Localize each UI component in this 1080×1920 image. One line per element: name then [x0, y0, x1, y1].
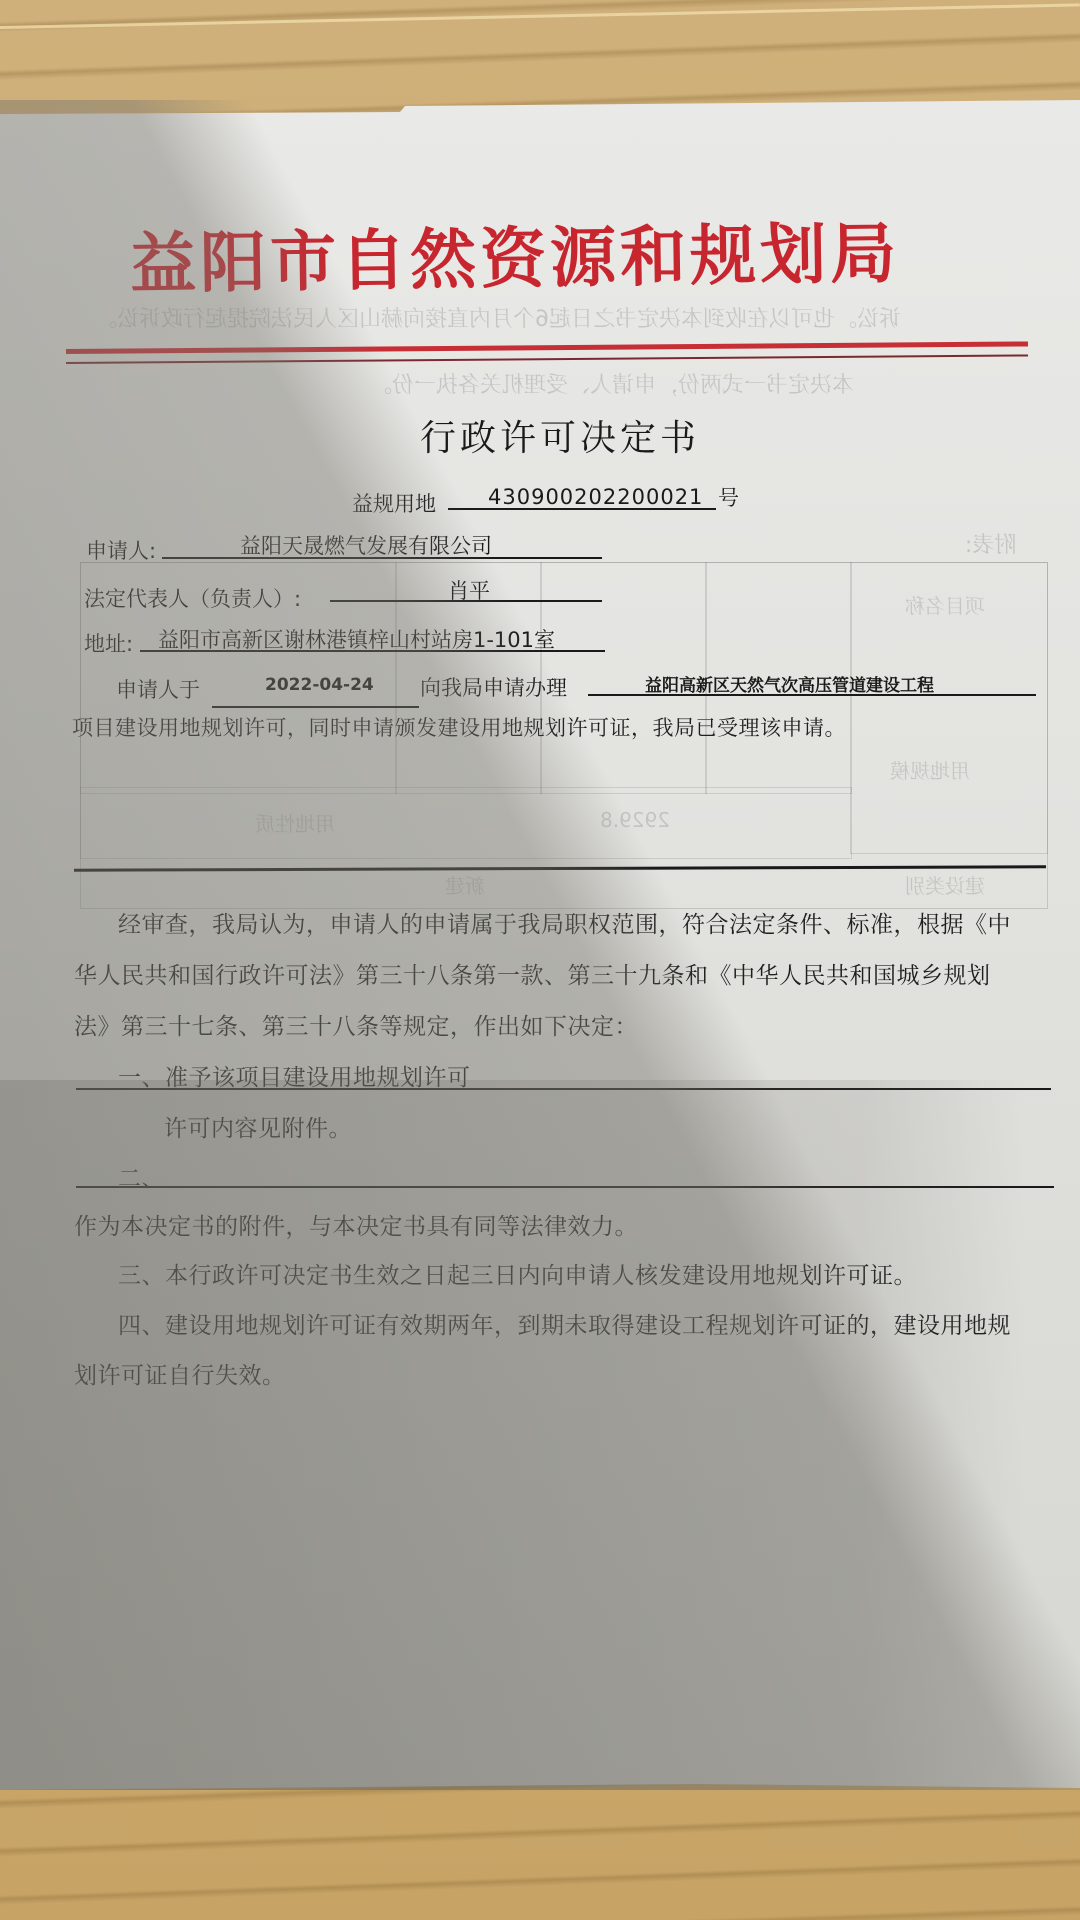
address-label: 地址: [84, 628, 133, 658]
legal-rep-underline [330, 600, 602, 602]
document-title: 行政许可决定书 [420, 410, 700, 461]
apply-date-underline [212, 706, 419, 708]
apply-mid: 向我局申请办理 [420, 672, 567, 702]
applicant-underline [162, 557, 602, 559]
review-paragraph-line-1: 经审查，我局认为，申请人的申请属于我局职权范围，符合法定条件、标准，根据《中 [118, 906, 1011, 939]
apply-prefix: 申请人于 [116, 674, 200, 704]
doc-number-value: 430900202200021 [488, 485, 703, 509]
ghost-text: 项目名称 [905, 590, 985, 619]
decision-4-line-2: 划许可证自行失效。 [74, 1357, 286, 1390]
decision-2: 二、 [118, 1160, 165, 1193]
ghost-text: 用地性质 [255, 808, 335, 837]
agency-letterhead: 益阳市自然资源和规划局 [129, 199, 960, 306]
ghost-text: 新建 [445, 870, 485, 899]
decision-1-note: 许可内容见附件。 [164, 1110, 352, 1143]
project-name-underline [588, 694, 1036, 696]
apply-continuation: 项目建设用地规划许可，同时申请颁发建设用地规划许可证，我局已受理该申请。 [72, 712, 846, 742]
review-paragraph-line-3: 法》第三十七条、第三十八条等规定，作出如下决定： [74, 1008, 638, 1041]
decision-2-note: 作为本决定书的附件，与本决定书具有同等法律效力。 [74, 1208, 638, 1241]
ghost-cell [80, 787, 852, 859]
bleed-through-attachment-label: 附表: [965, 528, 1016, 559]
doc-number-underline [448, 508, 716, 510]
ghost-text: 2929.8 [600, 808, 670, 832]
decision-4-line-1: 四、建设用地规划许可证有效期两年，到期未取得建设工程规划许可证的，建设用地规 [118, 1307, 1011, 1340]
ghost-text: 建设类别 [905, 870, 985, 899]
decision-1-underline [76, 1088, 1051, 1090]
legal-rep-label: 法定代表人（负责人）: [84, 583, 301, 613]
bleed-through-line-2: 本决定书一式两份，申请人、受理机关各执一份。 [370, 368, 854, 399]
doc-number-suffix: 号 [718, 482, 739, 512]
ghost-text: 用地规模 [890, 755, 970, 784]
decision-3: 三、本行政许可决定书生效之日起三日内向申请人核发建设用地规划许可证。 [118, 1257, 917, 1290]
doc-number-prefix: 益规用地 [352, 488, 436, 518]
review-paragraph-line-2: 华人民共和国行政许可法》第三十八条第一款、第三十九条和《中华人民共和国城乡规划 [74, 957, 991, 990]
applicant-value: 益阳天晟燃气发展有限公司 [240, 530, 492, 560]
document-paper [0, 100, 1080, 1790]
applicant-label: 申请人: [86, 535, 156, 565]
project-name: 益阳高新区天然气次高压管道建设工程 [645, 671, 934, 696]
address-underline [140, 650, 605, 652]
bleed-through-line-1: 诉讼。也可以在收到本决定书之日起6个月内直接向赫山区人民法院提起行政诉讼。 [95, 302, 901, 333]
apply-date: 2022-04-24 [265, 675, 374, 695]
decision-2-underline [76, 1186, 1054, 1188]
